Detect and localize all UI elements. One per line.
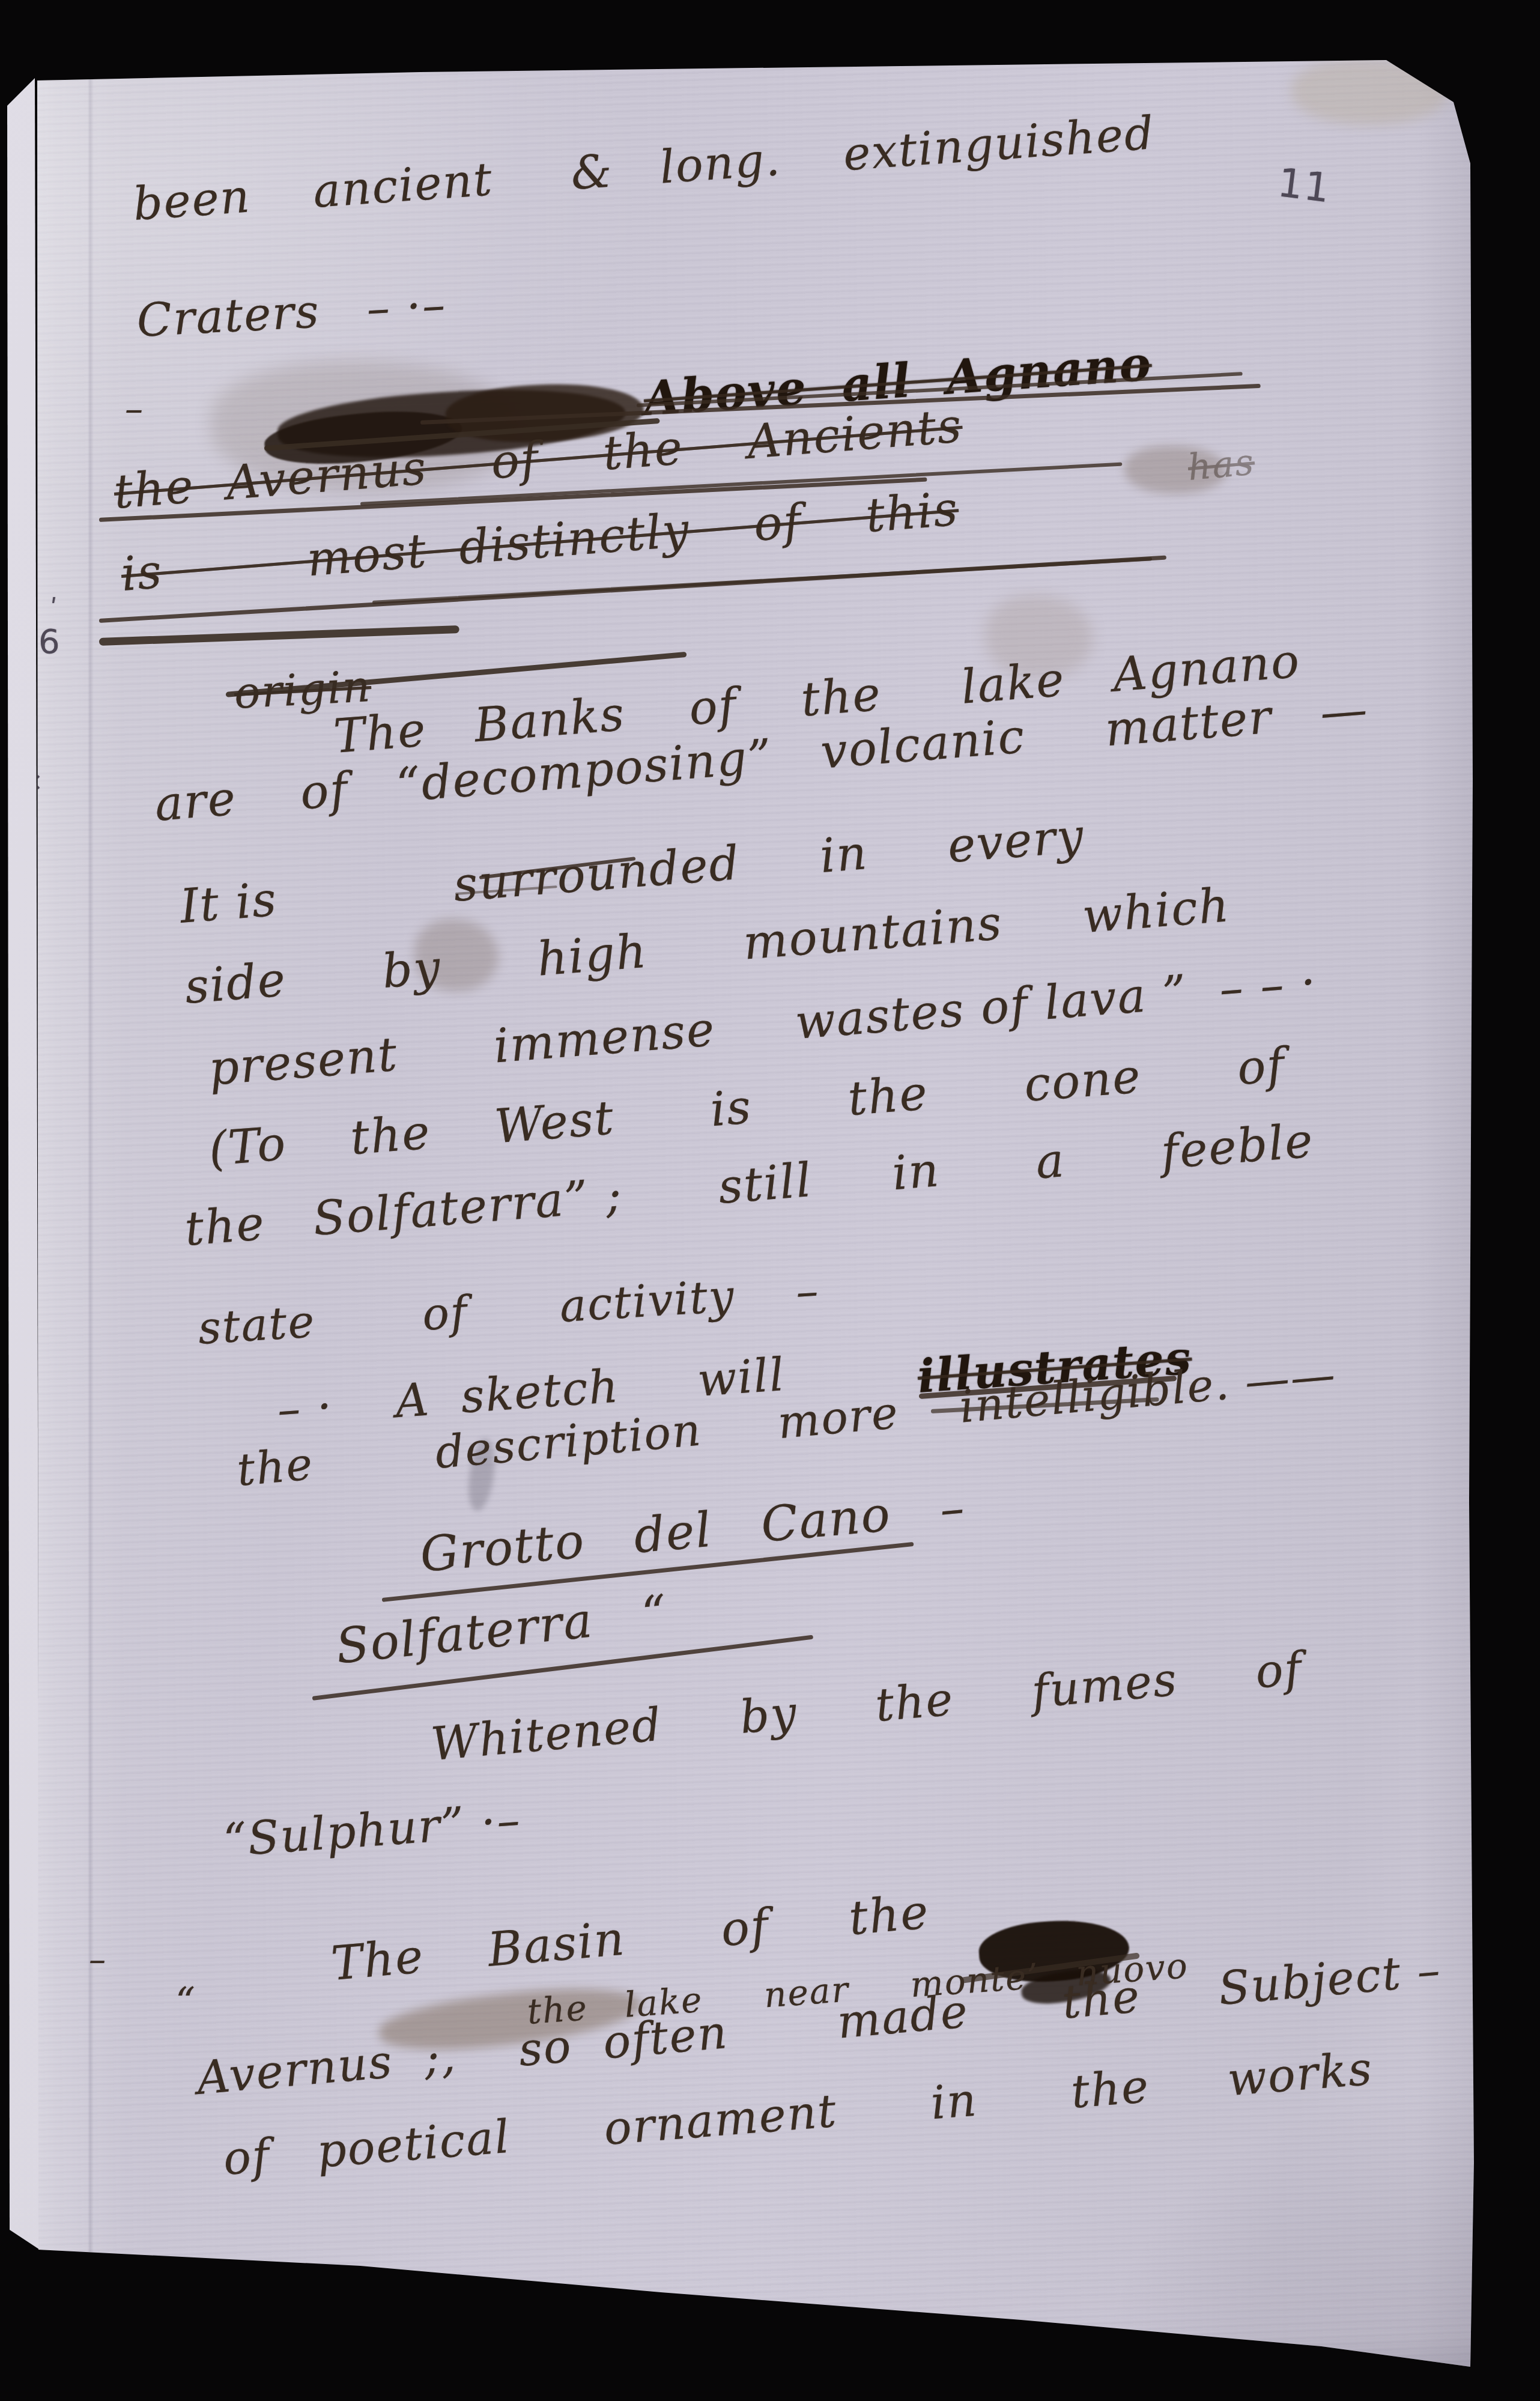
- line-03-dash: –: [125, 389, 144, 429]
- line-20: “Sulphur” ·–: [222, 1794, 523, 1865]
- line-14: state of activity –: [197, 1267, 821, 1353]
- line-01: been ancient & long. extinguished: [132, 108, 1156, 229]
- manuscript-page: been ancient & long. extinguishedCraters…: [0, 0, 1540, 2401]
- line-21-dash: –: [89, 1941, 107, 1979]
- pencil-margin-6: 6: [38, 624, 61, 661]
- pencil-margin-tick: ʹ: [50, 596, 58, 622]
- photographed-manuscript-scene: been ancient & long. extinguishedCraters…: [0, 0, 1540, 2401]
- strikethrough-stroke: [99, 625, 459, 646]
- line-02: Craters – ·–: [136, 279, 447, 345]
- line-23-quote: “: [175, 1981, 196, 2023]
- line-19: Whitened by the fumes of: [429, 1643, 1304, 1769]
- corner-stain: [1291, 59, 1448, 125]
- pencil-page-number: 11: [1276, 161, 1333, 211]
- line-04b-struck: has: [1186, 442, 1257, 487]
